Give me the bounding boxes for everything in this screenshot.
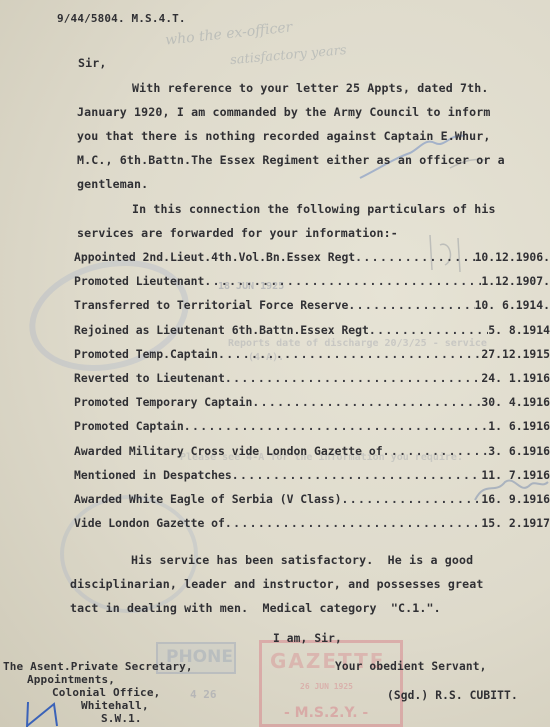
service-date: 11. 7.1916: [481, 468, 550, 482]
leader-dots: [383, 444, 489, 458]
service-event: Promoted Temporary Captain: [74, 395, 252, 409]
service-record-item: Vide London Gazette of15. 2.1917: [74, 516, 550, 530]
leader-dots: [355, 250, 474, 264]
paragraph3-line1: His service has been satisfactory. He is…: [131, 553, 473, 567]
leader-dots: [232, 468, 482, 482]
service-event: Transferred to Territorial Force Reserve: [74, 298, 348, 312]
service-record-item: Mentioned in Despatches11. 7.1916: [74, 468, 550, 482]
addressee-line-4: Whitehall,: [81, 699, 149, 713]
service-date: 5. 8.1914: [488, 323, 550, 337]
service-date: 3. 6.1916: [488, 444, 550, 458]
leader-dots: [225, 516, 482, 530]
service-record-item: Reverted to Lieutenant24. 1.1916: [74, 371, 550, 385]
paragraph1-line5: gentleman.: [77, 177, 148, 191]
service-date: 15. 2.1917: [481, 516, 550, 530]
leader-dots: [348, 298, 474, 312]
service-record-item: Awarded White Eagle of Serbia (V Class)1…: [74, 492, 550, 506]
service-event: Promoted Captain: [74, 419, 184, 433]
service-date: 16. 9.1916: [481, 492, 550, 506]
reference-number: 9/44/5804. M.S.4.T.: [57, 12, 186, 26]
addressee-line-3: Colonial Office,: [52, 686, 160, 700]
leader-dots: [184, 419, 489, 433]
service-event: Awarded White Eagle of Serbia (V Class): [74, 492, 341, 506]
paragraph1-line2: January 1920, I am commanded by the Army…: [77, 105, 491, 119]
paragraph1-line4: M.C., 6th.Battn.The Essex Regiment eithe…: [77, 153, 505, 167]
service-record-item: Promoted Captain 1. 6.1916: [74, 419, 550, 433]
service-date: 24. 1.1916: [481, 371, 550, 385]
blue-ink-tick-mark: [24, 700, 64, 727]
service-event: Vide London Gazette of: [74, 516, 225, 530]
leader-dots: [341, 492, 481, 506]
service-date: 27.12.1915: [481, 347, 550, 361]
service-event: Appointed 2nd.Lieut.4th.Vol.Bn.Essex Reg…: [74, 250, 355, 264]
pencil-annotation-2: satisfactory years: [230, 43, 348, 68]
leader-dots: [225, 371, 482, 385]
service-date: 10.12.1906.: [475, 250, 550, 264]
service-record-item: Awarded Military Cross vide London Gazet…: [74, 444, 550, 458]
service-event: Reverted to Lieutenant: [74, 371, 225, 385]
paragraph2-line2: services are forwarded for your informat…: [77, 226, 398, 240]
signature: (Sgd.) R.S. CUBITT.: [387, 689, 518, 703]
closing-line: I am, Sir,: [273, 632, 342, 646]
service-record-item: Promoted Temporary Captain30. 4.1916: [74, 395, 550, 409]
leader-dots: [252, 395, 481, 409]
service-record-item: Rejoined as Lieutenant 6th.Battn.Essex R…: [74, 323, 550, 337]
paragraph2-line1: In this connection the following particu…: [132, 202, 496, 216]
leader-dots: [204, 274, 481, 288]
faded-stamp-date: 4 26: [190, 688, 217, 701]
paragraph3-line2: disciplinarian, leader and instructor, a…: [70, 577, 484, 591]
service-date: 1. 6.1916: [488, 419, 550, 433]
closing-obedient-servant: Your obedient Servant,: [335, 660, 486, 674]
leader-dots: [218, 347, 481, 361]
service-record-item: Transferred to Territorial Force Reserve…: [74, 298, 550, 312]
oval-received-stamp: [17, 244, 200, 387]
addressee-line-2: Appointments,: [27, 673, 115, 687]
service-event: Awarded Military Cross vide London Gazet…: [74, 444, 383, 458]
service-date: 1.12.1907.: [481, 274, 550, 288]
paragraph1-line1: With reference to your letter 25 Appts, …: [132, 81, 489, 95]
service-event: Promoted Lieutenant: [74, 274, 204, 288]
gazette-stamp-dept: - M.S.2.Y. -: [284, 705, 368, 721]
paragraph1-line3: you that there is nothing recorded again…: [77, 129, 491, 143]
service-event: Promoted Temp.Captain: [74, 347, 218, 361]
gazette-stamp: GAZETTE 26 JUN 1925 - M.S.2.Y. -: [259, 640, 403, 727]
addressee-line-1: The Asent.Private Secretary,: [3, 660, 193, 674]
gazette-stamp-date: 26 JUN 1925: [300, 682, 353, 691]
service-record-item: Appointed 2nd.Lieut.4th.Vol.Bn.Essex Reg…: [74, 250, 550, 264]
leader-dots: [369, 323, 488, 337]
salutation: Sir,: [78, 56, 107, 70]
service-event: Rejoined as Lieutenant 6th.Battn.Essex R…: [74, 323, 369, 337]
service-event: Mentioned in Despatches: [74, 468, 232, 482]
service-date: 10. 6.1914.: [475, 298, 550, 312]
service-record-item: Promoted Lieutenant 1.12.1907.: [74, 274, 550, 288]
addressee-line-5: S.W.1.: [101, 712, 142, 726]
paragraph3-line3: tact in dealing with men. Medical catego…: [70, 601, 441, 615]
service-date: 30. 4.1916: [481, 395, 550, 409]
letter-page: 18 JUN 1925 who the ex-officer satisfact…: [0, 0, 550, 727]
service-record-item: Promoted Temp.Captain27.12.1915: [74, 347, 550, 361]
